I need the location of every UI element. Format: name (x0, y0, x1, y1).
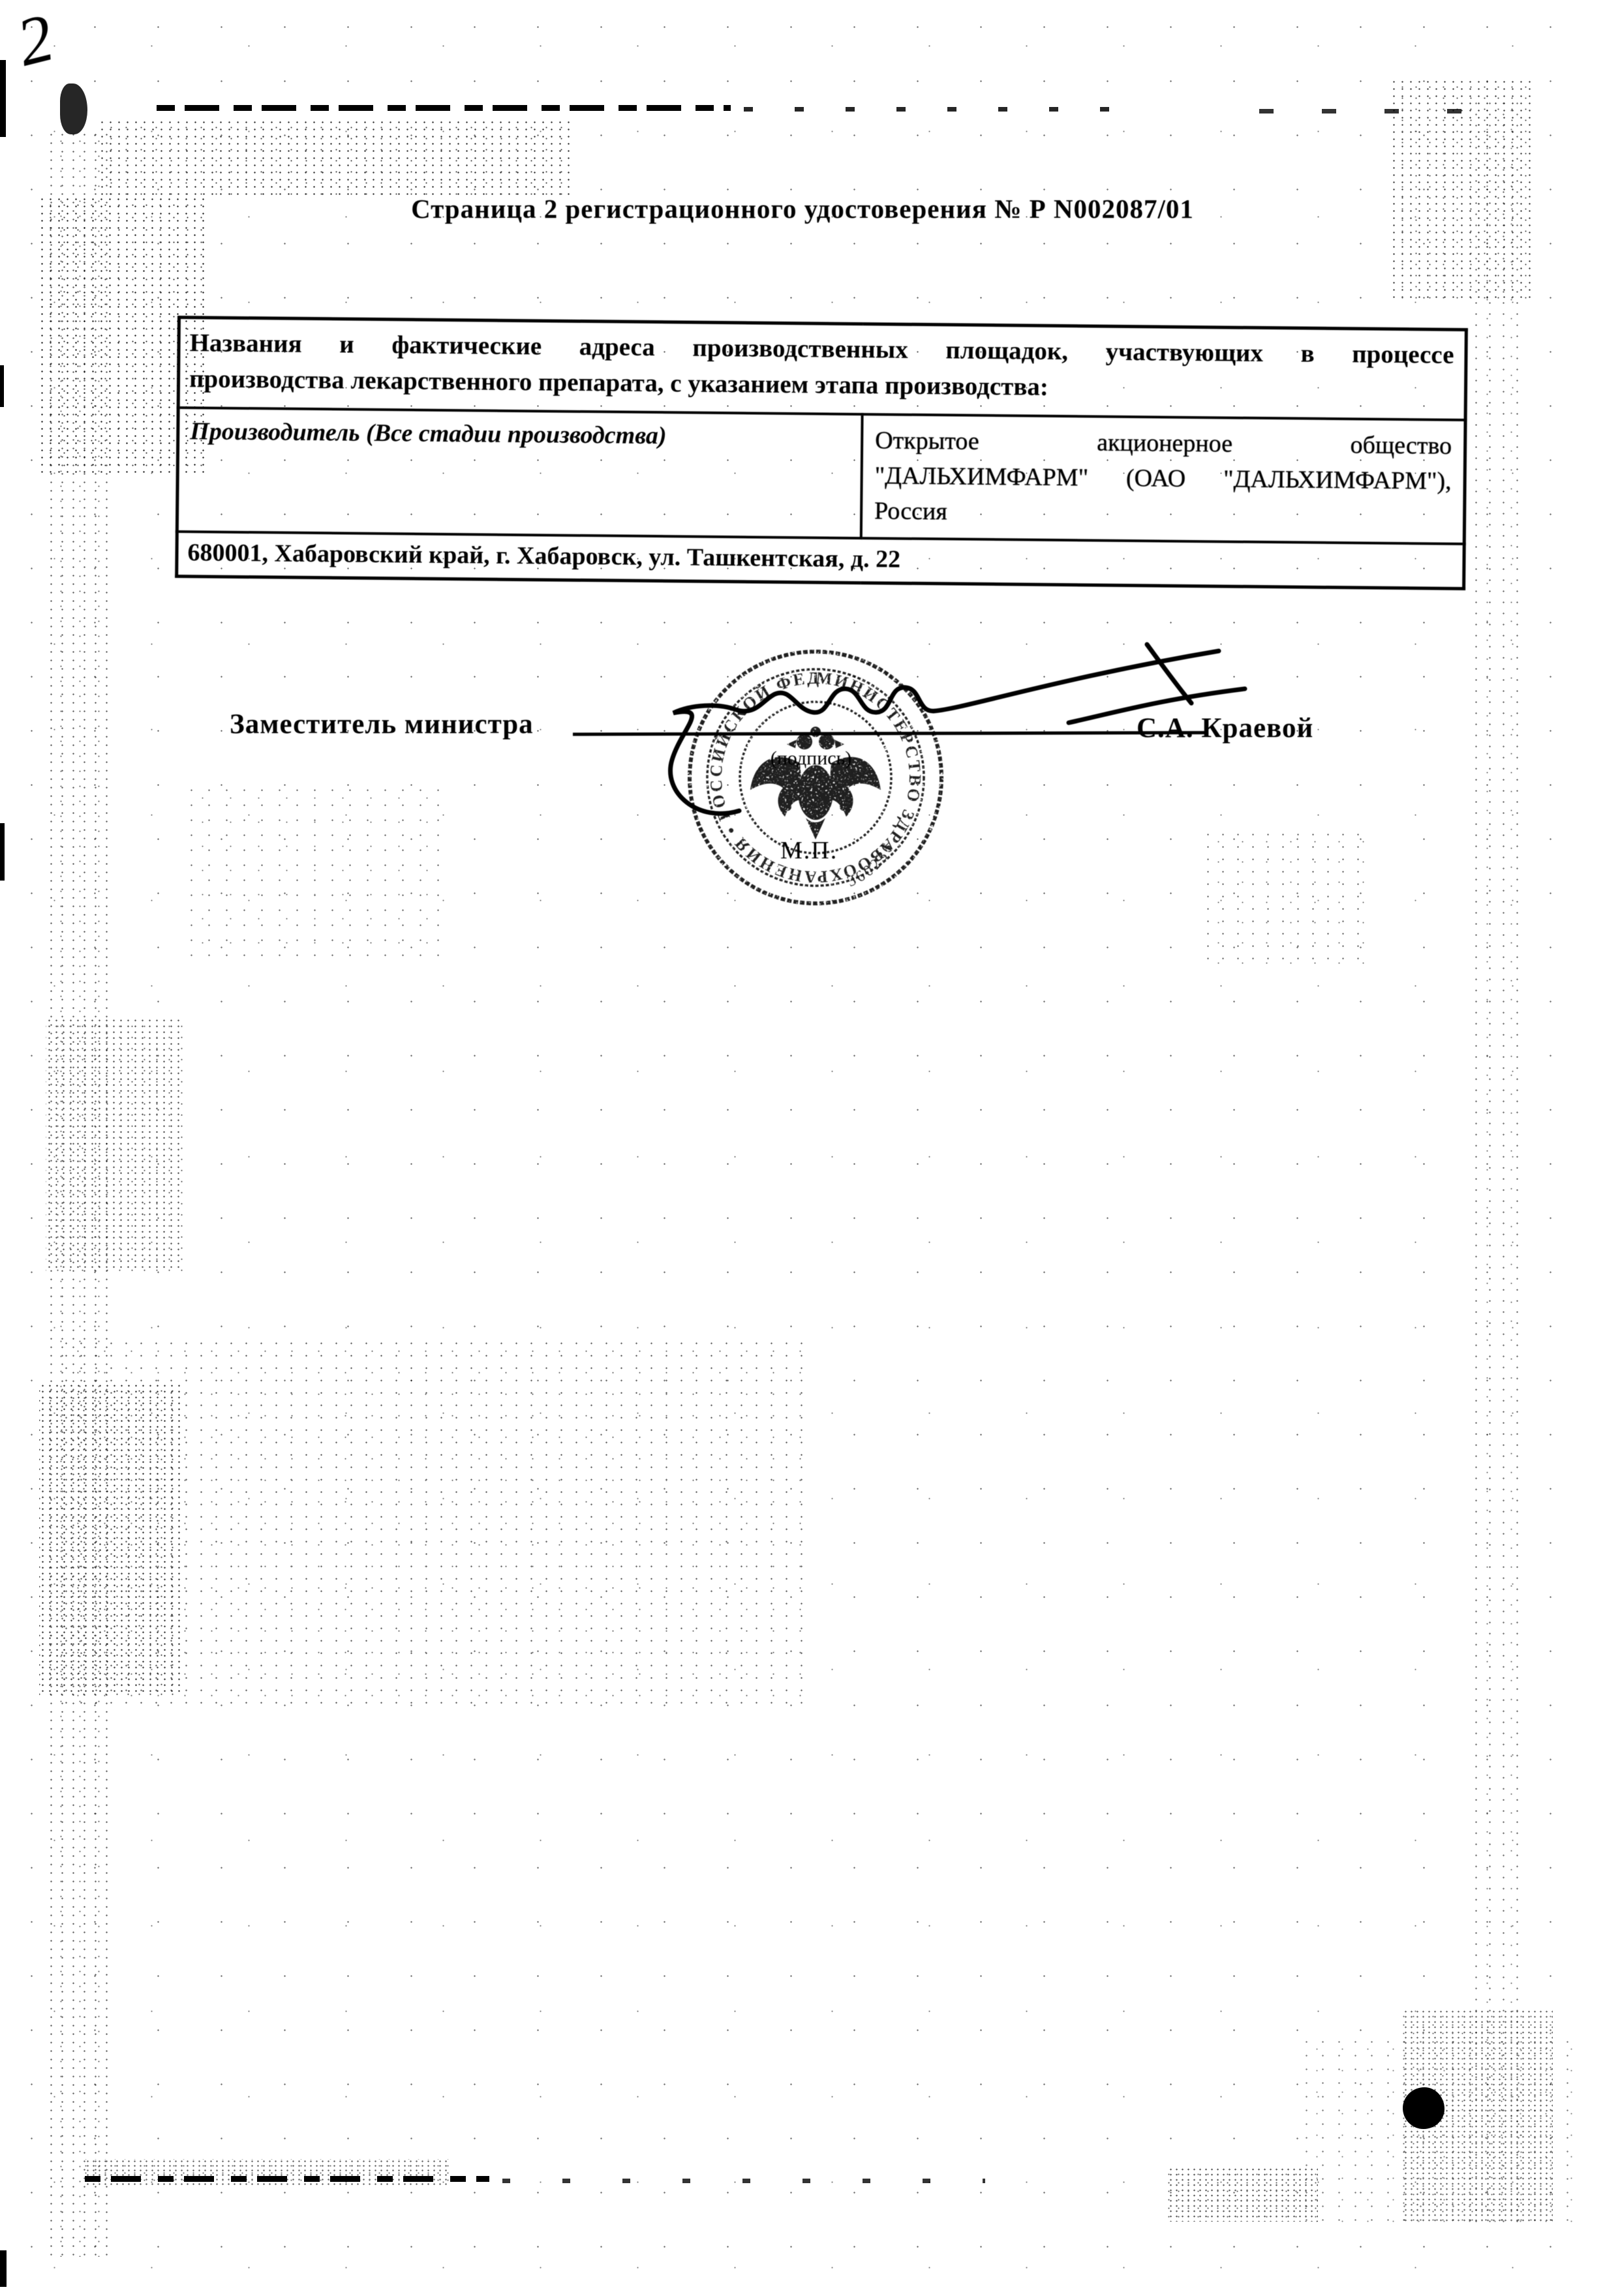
producer-row: Производитель (Все стадии производства) … (177, 408, 1465, 544)
ink-dot (1403, 2087, 1444, 2129)
production-sites-table: Названия и фактические адреса производст… (175, 316, 1468, 590)
producer-value-line-3: Россия (874, 494, 1451, 534)
scanned-certificate-page: 2 Страница 2 регистрационного удостовере… (0, 0, 1605, 2296)
table-header-cell: Названия и фактические адреса производст… (178, 318, 1466, 420)
signature-caption: (подпись) (736, 748, 886, 770)
producer-value-line-2: "ДАЛЬХИМФАРМ" (ОАО "ДАЛЬХИМФАРМ"), (874, 459, 1451, 499)
signatory-position-label: Заместитель министра (230, 708, 534, 740)
producer-value-cell: Открытое акционерное общество "ДАЛЬХИМФА… (861, 414, 1465, 544)
seal-place-mark: М.П. (780, 836, 838, 865)
printed-content: 2 Страница 2 регистрационного удостовере… (0, 0, 1605, 2296)
document-title: Страница 2 регистрационного удостоверени… (0, 193, 1605, 224)
table-header-row: Названия и фактические адреса производст… (178, 318, 1466, 420)
producer-value-line-1: Открытое акционерное общество (875, 423, 1452, 464)
handwritten-page-number: 2 (9, 0, 61, 82)
producer-label-cell: Производитель (Все стадии производства) (177, 408, 862, 538)
handwritten-signature (600, 626, 1259, 828)
signature-strokes (671, 644, 1245, 813)
